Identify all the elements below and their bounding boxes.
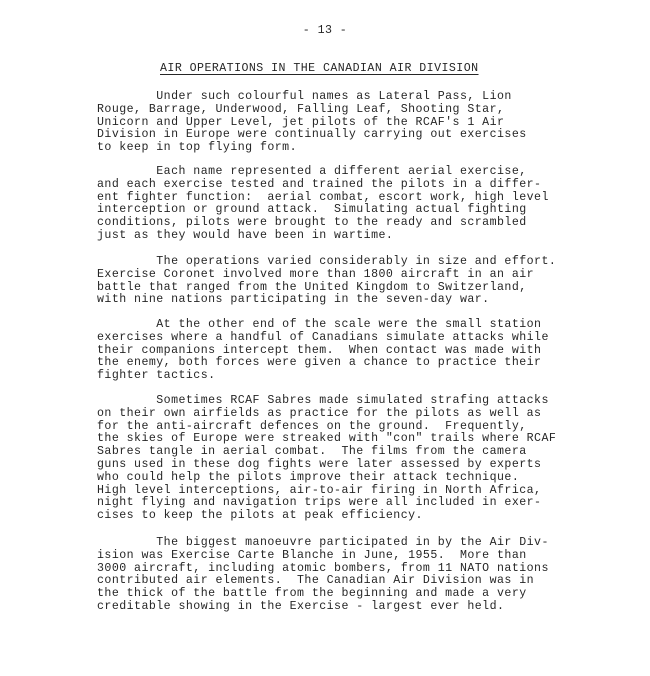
text-line: on their own airfields as practice for t…	[97, 408, 637, 421]
text-line: creditable showing in the Exercise - lar…	[97, 601, 637, 614]
text-line: The biggest manoeuvre participated in by…	[97, 537, 637, 550]
text-line: Exercise Coronet involved more than 1800…	[97, 269, 637, 282]
paragraph-6: The biggest manoeuvre participated in by…	[97, 537, 637, 614]
document-page: - 13 - AIR OPERATIONS IN THE CANADIAN AI…	[0, 0, 650, 676]
text-line: cises to keep the pilots at peak efficie…	[97, 510, 637, 523]
text-line: Sometimes RCAF Sabres made simulated str…	[97, 395, 637, 408]
text-line: and each exercise tested and trained the…	[97, 179, 637, 192]
page-number: - 13 -	[0, 24, 650, 37]
text-line: to keep in top flying form.	[97, 142, 637, 155]
text-line: just as they would have been in wartime.	[97, 230, 637, 243]
document-title: AIR OPERATIONS IN THE CANADIAN AIR DIVIS…	[160, 62, 479, 75]
text-line: At the other end of the scale were the s…	[97, 319, 637, 332]
text-line: with nine nations participating in the s…	[97, 294, 637, 307]
paragraph-2: Each name represented a different aerial…	[97, 166, 637, 243]
text-line: Rouge, Barrage, Underwood, Falling Leaf,…	[97, 104, 637, 117]
paragraph-5: Sometimes RCAF Sabres made simulated str…	[97, 395, 637, 523]
text-line: The operations varied considerably in si…	[97, 256, 637, 269]
text-line: ision was Exercise Carte Blanche in June…	[97, 550, 637, 563]
paragraph-1: Under such colourful names as Lateral Pa…	[97, 91, 637, 155]
text-line: Each name represented a different aerial…	[97, 166, 637, 179]
paragraph-3: The operations varied considerably in si…	[97, 256, 637, 307]
text-line: exercises where a handful of Canadians s…	[97, 332, 637, 345]
text-line: who could help the pilots improve their …	[97, 472, 637, 485]
text-line: Under such colourful names as Lateral Pa…	[97, 91, 637, 104]
text-line: fighter tactics.	[97, 370, 637, 383]
text-line: guns used in these dog fights were later…	[97, 459, 637, 472]
paragraph-4: At the other end of the scale were the s…	[97, 319, 637, 383]
